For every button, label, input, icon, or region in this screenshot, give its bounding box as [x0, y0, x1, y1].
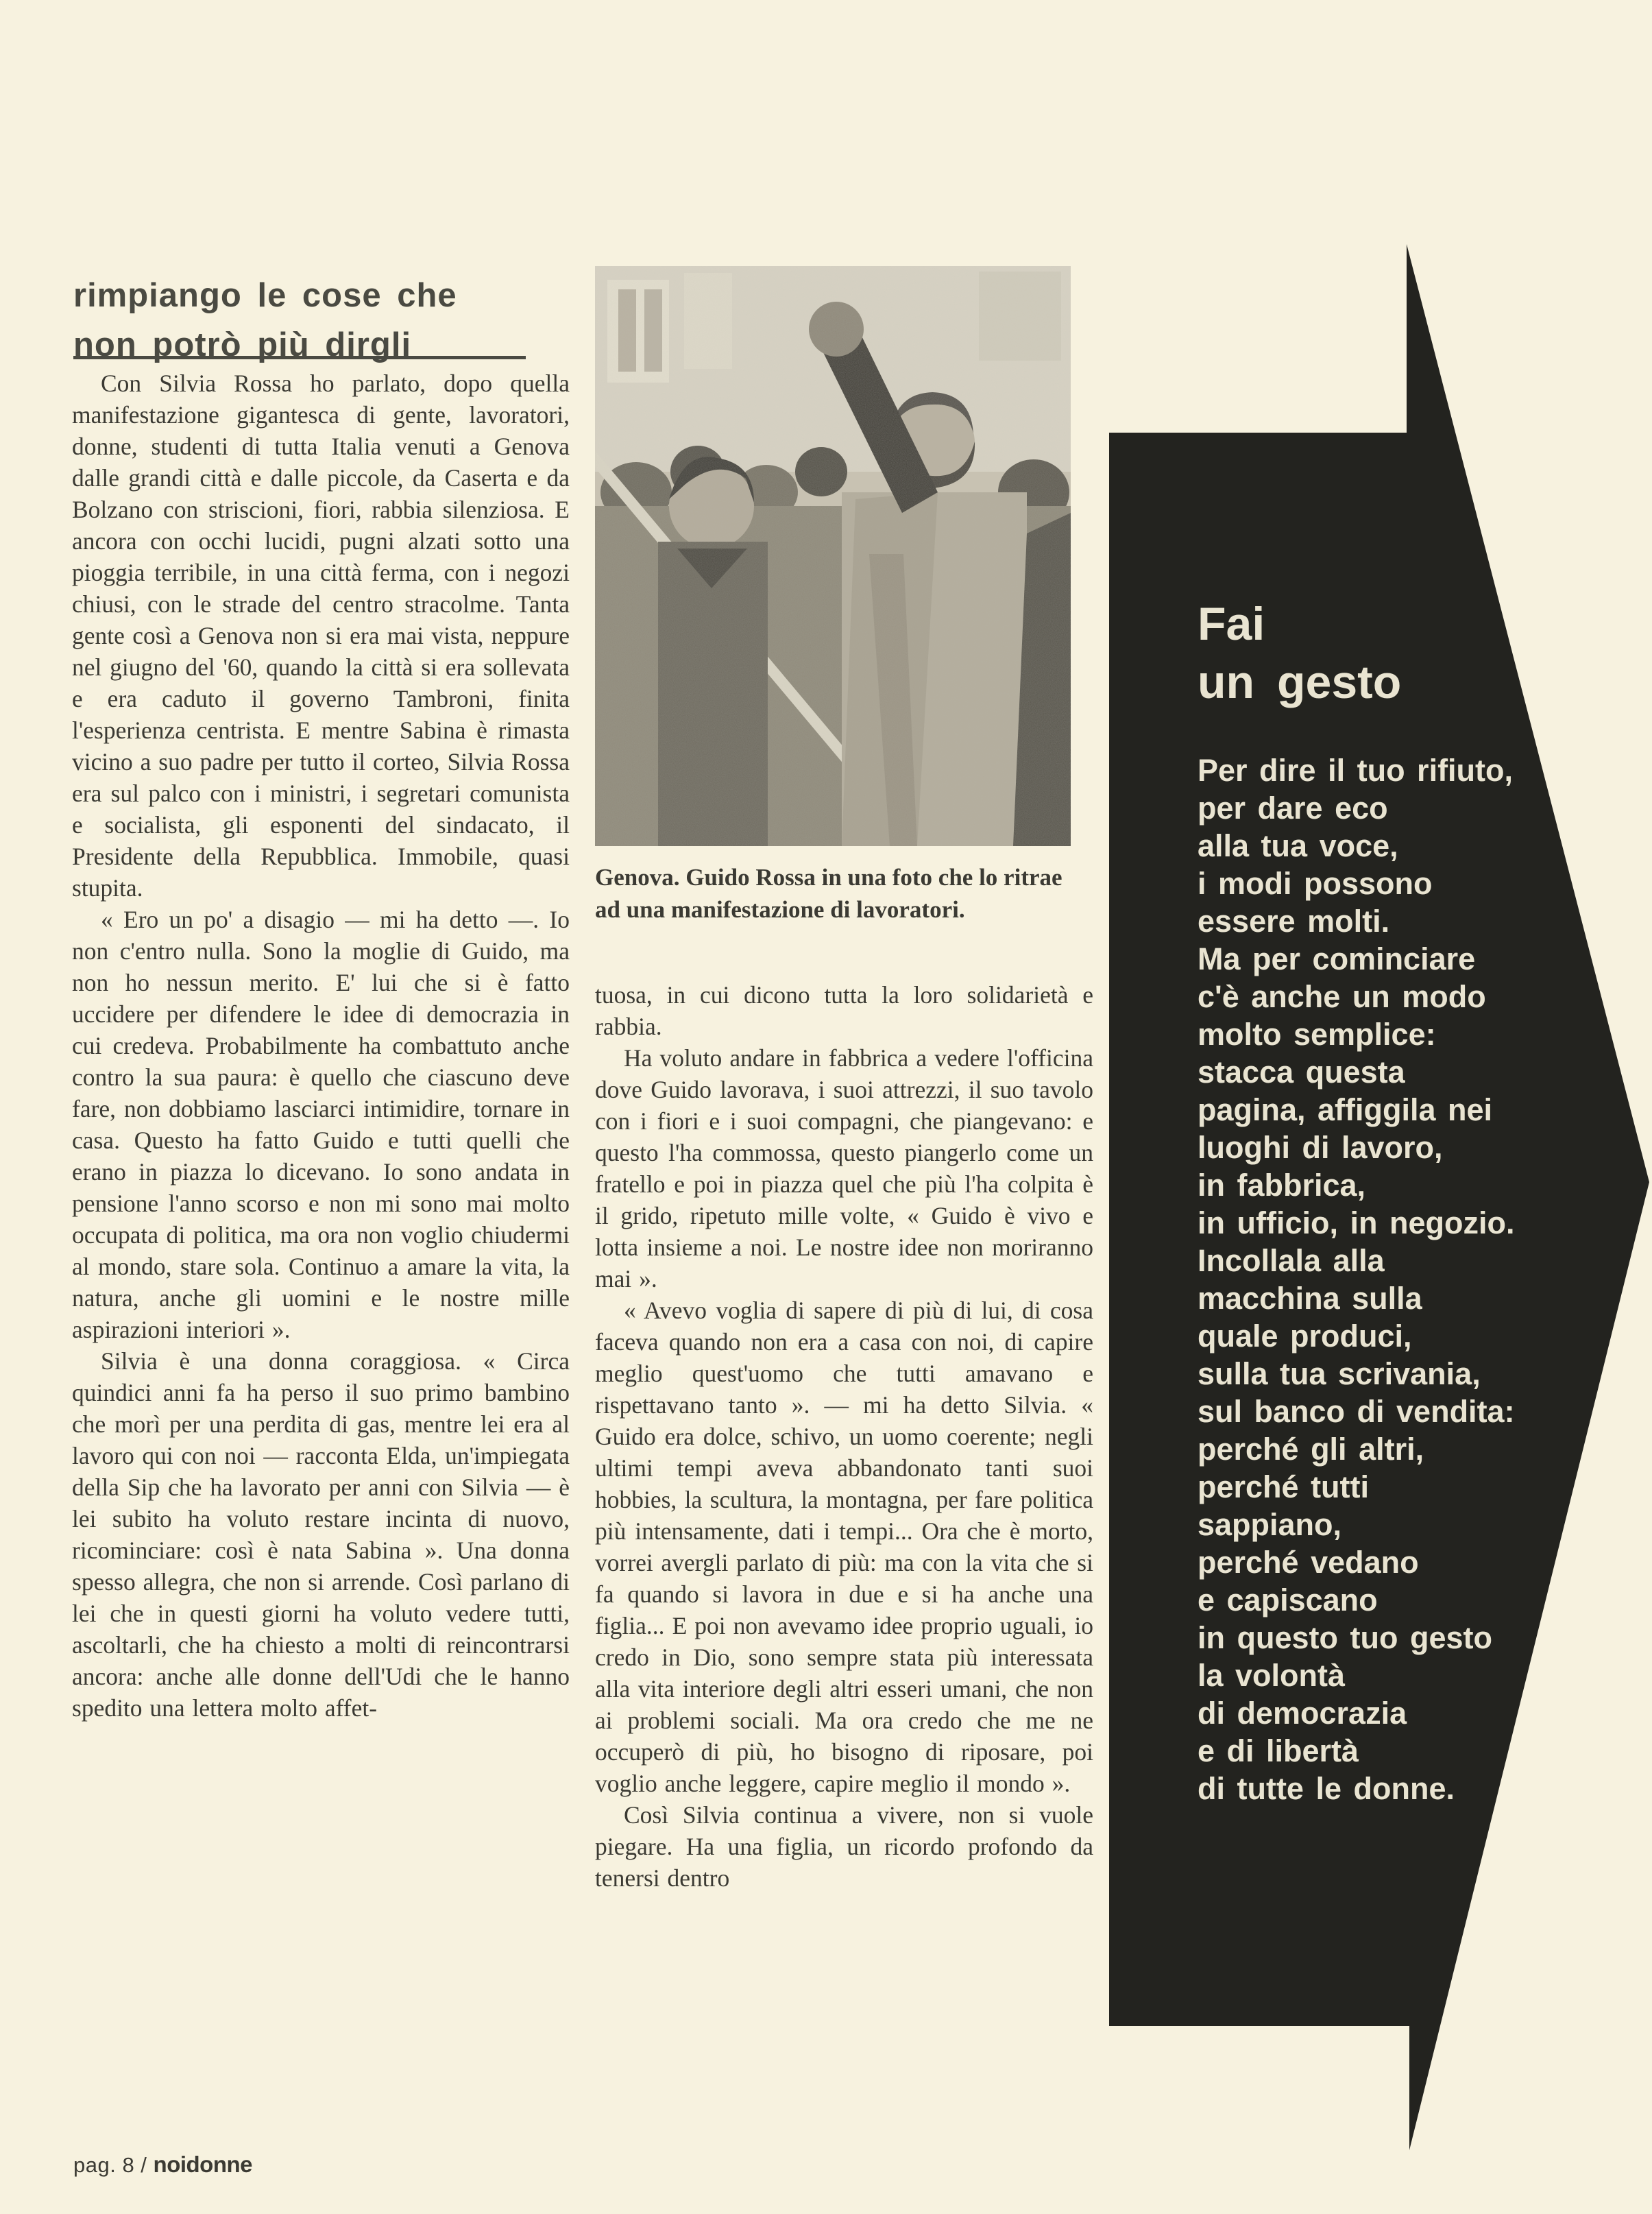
magazine-logo: noidonne: [154, 2152, 252, 2177]
middle-text-column: tuosa, in cui dicono tutta la loro solid…: [595, 979, 1093, 1894]
sidebar-title: Fai un gesto: [1198, 595, 1623, 712]
page-number: pag. 8 /: [73, 2153, 154, 2177]
paragraph: Così Silvia continua a vivere, non si vu…: [595, 1799, 1093, 1894]
paragraph: Ha voluto andare in fabbrica a vedere l'…: [595, 1042, 1093, 1295]
magazine-page: rimpiango le cose che non potrò più dirg…: [0, 0, 1652, 2214]
paragraph: Con Silvia Rossa ho parlato, dopo quella…: [72, 368, 570, 904]
paragraph: Silvia è una donna coraggiosa. « Circa q…: [72, 1345, 570, 1724]
article-headline: rimpiango le cose che non potrò più dirg…: [73, 271, 581, 370]
paragraph: tuosa, in cui dicono tutta la loro solid…: [595, 979, 1093, 1042]
photo-art: [595, 266, 1071, 846]
sidebar-appeal-text: Per dire il tuo rifiuto, per dare eco al…: [1198, 751, 1636, 1807]
left-text-column: Con Silvia Rossa ho parlato, dopo quella…: [72, 368, 570, 1724]
photo-caption: Genova. Guido Rossa in una foto che lo r…: [595, 861, 1082, 926]
paragraph: « Ero un po' a disagio — mi ha detto —. …: [72, 904, 570, 1345]
headline-divider: [73, 356, 526, 359]
page-footer: pag. 8 / noidonne: [73, 2152, 252, 2178]
demonstration-photo: [595, 266, 1071, 846]
paragraph: « Avevo voglia di sapere di più di lui, …: [595, 1295, 1093, 1799]
